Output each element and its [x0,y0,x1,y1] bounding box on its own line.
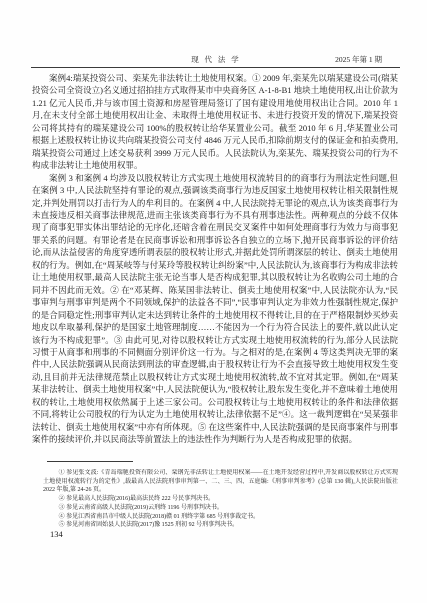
page-number: 134 [50,529,63,539]
header-rule [31,67,400,68]
footnotes-block: ① 参见张文波:《青岛瑞驰投资有限公司、栾钢先非法转让土地使用权案——在土地开发… [43,469,398,533]
journal-title: 现 代 法 学 [191,54,241,65]
issue-label: 2025 年第 1 期 [335,54,382,65]
article-body: 案例4:瑞某投资公司、栾某先非法转让土地使用权案。① 2009 年,栾某先以瑞某… [32,72,398,450]
paragraph-case-analysis: 案例 3 和案例 4 均涉及以股权转让方式实现土地使用权流转目的的商事行为刑法定… [32,172,398,446]
footnote-2: ② 参见最高人民法院(2016)最高法民终 222 号民事判决书。 [43,495,398,504]
footnote-5: ⑤ 参见河南省固始县人民法院(2017)豫 1525 刑初 92 号刑事判决书。 [43,521,398,530]
footnote-separator [47,461,133,462]
paragraph-case-4: 案例4:瑞某投资公司、栾某先非法转让土地使用权案。① 2009 年,栾某先以瑞某… [32,72,398,172]
footnote-4: ④ 参见江西省南昌市中级人民法院(2018)赣 01 刑终字第 685 号刑事裁… [43,513,398,522]
footnote-3: ③ 参见云南省高级人民法院(2019)云刑终 1196 号刑事判决书。 [43,504,398,513]
journal-page: 现 代 法 学 2025 年第 1 期 案例4:瑞某投资公司、栾某先非法转让土地… [0,0,427,603]
page-header: 现 代 法 学 2025 年第 1 期 [32,54,400,65]
footnote-1: ① 参见张文波:《青岛瑞驰投资有限公司、栾钢先非法转让土地使用权案——在土地开发… [43,469,398,495]
